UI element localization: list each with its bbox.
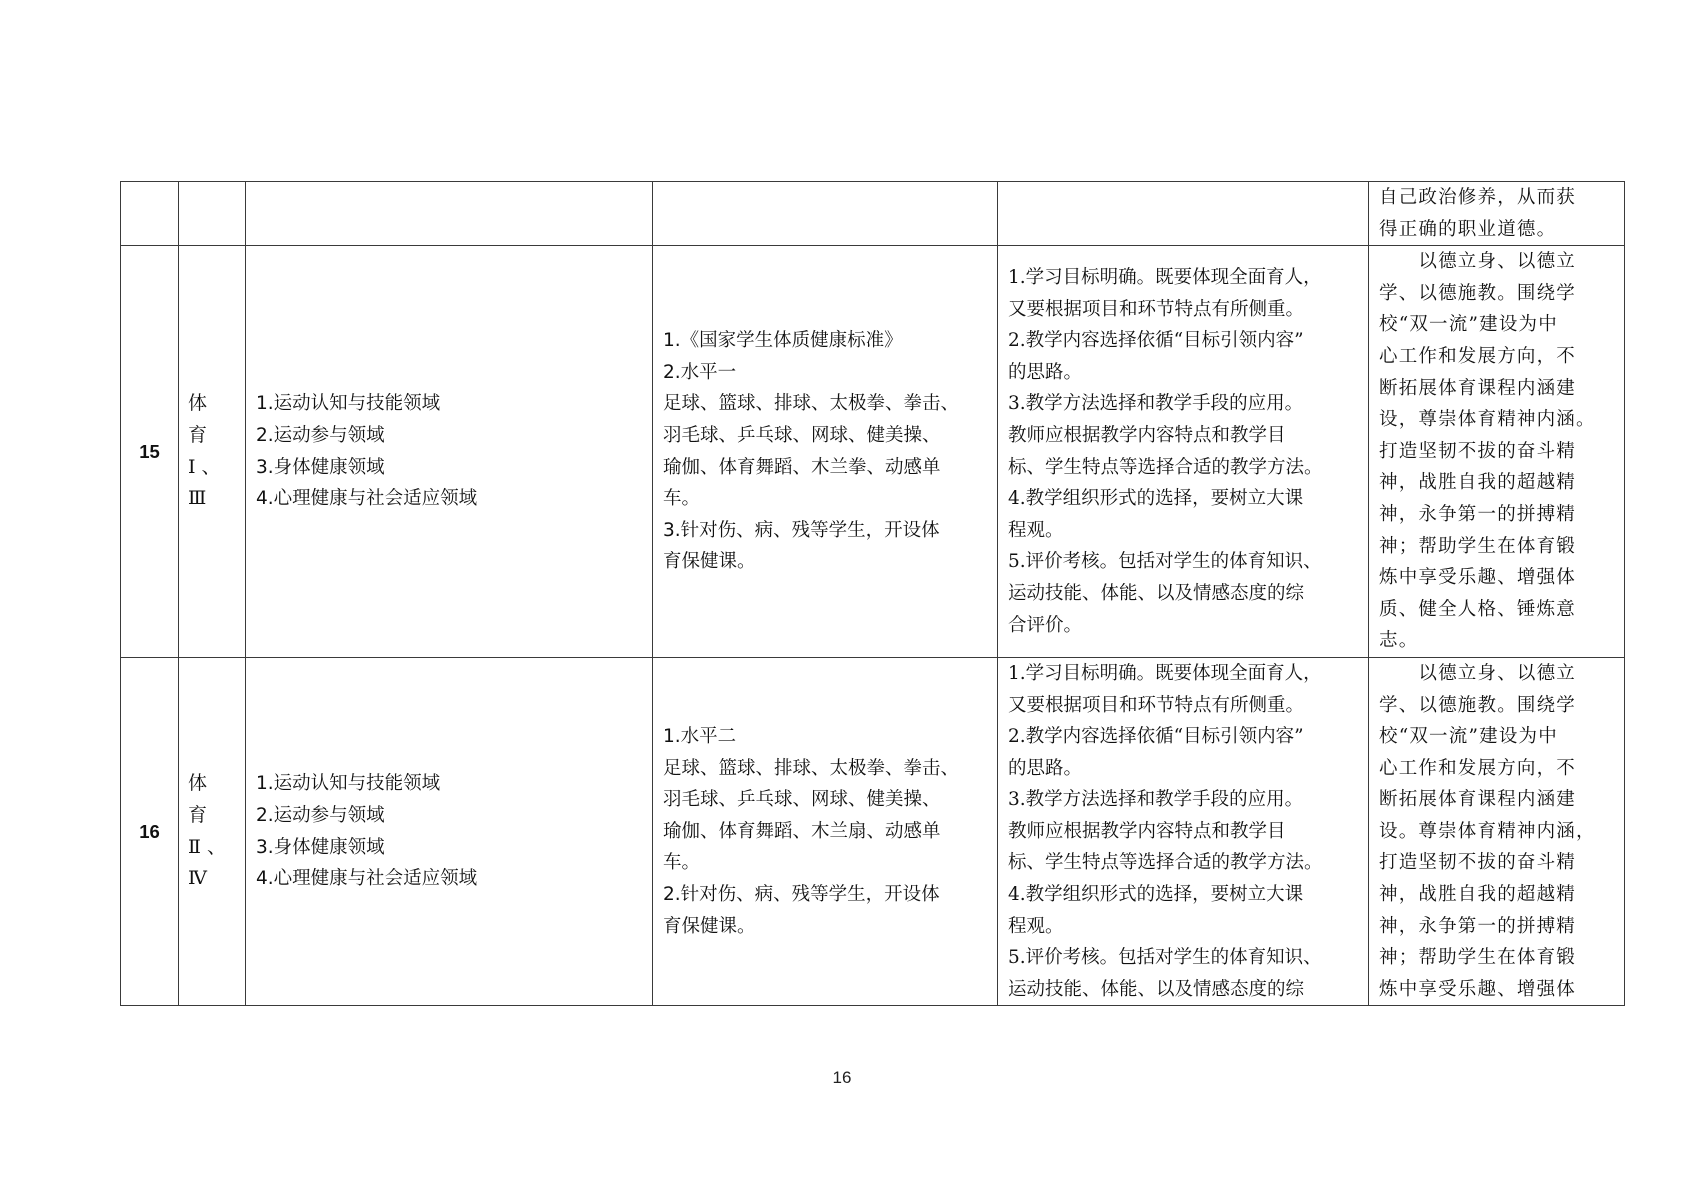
method-line: 标、学生特点等选择合适的教学方法。	[1008, 847, 1362, 879]
ideology-line: 神，永争第一的拼搏精	[1379, 499, 1616, 531]
ideology-line: 志。	[1379, 625, 1616, 657]
ideology-line: 校“双一流”建设为中	[1379, 309, 1616, 341]
content-line: 2.水平一	[663, 357, 991, 389]
cell-goals	[246, 182, 653, 246]
goal-item: 2.运动参与领域	[256, 420, 652, 452]
table-row: 16 体 育 Ⅱ 、 Ⅳ 1.运动认知与技能领域 2.运动参与领域 3.身体健康…	[121, 657, 1625, 1006]
method-line: 教师应根据教学内容特点和教学目	[1008, 816, 1362, 848]
method-line: 程观。	[1008, 515, 1362, 547]
cell-no	[121, 182, 179, 246]
course-content: 1.《国家学生体质健康标准》 2.水平一 足球、篮球、排球、太极拳、拳击、 羽毛…	[653, 246, 998, 658]
method-line: 程观。	[1008, 911, 1362, 943]
course-goals: 1.运动认知与技能领域 2.运动参与领域 3.身体健康领域 4.心理健康与社会适…	[246, 657, 653, 1006]
content-line: 羽毛球、乒乓球、网球、健美操、	[663, 784, 991, 816]
content-line: 1.水平二	[663, 721, 991, 753]
content-line: 瑜伽、体育舞蹈、木兰拳、动感单	[663, 452, 991, 484]
method-line: 4.教学组织形式的选择，要树立大课	[1008, 483, 1362, 515]
ideological-element: 以德立身、以德立 学、以德施教。围绕学 校“双一流”建设为中 心工作和发展方向，…	[1369, 246, 1625, 658]
goal-item: 1.运动认知与技能领域	[256, 388, 652, 420]
method-line: 运动技能、体能、以及情感态度的综	[1008, 578, 1362, 610]
page-number: 16	[0, 1068, 1684, 1088]
course-content: 1.水平二 足球、篮球、排球、太极拳、拳击、 羽毛球、乒乓球、网球、健美操、 瑜…	[653, 657, 998, 1006]
ideology-line: 神，战胜自我的超越精	[1379, 879, 1616, 911]
method-line: 1.学习目标明确。既要体现全面育人，	[1008, 262, 1362, 294]
ideology-line: 断拓展体育课程内涵建	[1379, 373, 1616, 405]
ideology-line: 神；帮助学生在体育锻	[1379, 531, 1616, 563]
method-line: 2.教学内容选择依循“目标引领内容”	[1008, 325, 1362, 357]
ideology-line: 打造坚韧不拔的奋斗精	[1379, 436, 1616, 468]
method-line: 3.教学方法选择和教学手段的应用。	[1008, 388, 1362, 420]
document-page: 自己政治修养，从而获 得正确的职业道德。 15 体 育 Ⅰ 、 Ⅲ 1.运动认知…	[0, 0, 1684, 1191]
ideological-element: 以德立身、以德立 学、以德施教。围绕学 校“双一流”建设为中 心工作和发展方向，…	[1369, 657, 1625, 1006]
ideology-line: 打造坚韧不拔的奋斗精	[1379, 847, 1616, 879]
method-line: 2.教学内容选择依循“目标引领内容”	[1008, 721, 1362, 753]
content-line: 车。	[663, 847, 991, 879]
ideology-line: 神，战胜自我的超越精	[1379, 467, 1616, 499]
content-line: 3.针对伤、病、残等学生，开设体	[663, 515, 991, 547]
method-line: 4.教学组织形式的选择，要树立大课	[1008, 879, 1362, 911]
content-line: 足球、篮球、排球、太极拳、拳击、	[663, 388, 991, 420]
ideology-line: 炼中享受乐趣、增强体	[1379, 562, 1616, 594]
goal-item: 2.运动参与领域	[256, 800, 652, 832]
ideology-line: 质、健全人格、锤炼意	[1379, 594, 1616, 626]
method-line: 教师应根据教学内容特点和教学目	[1008, 420, 1362, 452]
row-number: 15	[121, 246, 179, 658]
goal-item: 3.身体健康领域	[256, 832, 652, 864]
ideology-line: 学、以德施教。围绕学	[1379, 690, 1616, 722]
teaching-method: 1.学习目标明确。既要体现全面育人， 又要根据项目和环节特点有所侧重。 2.教学…	[998, 657, 1369, 1006]
method-line: 5.评价考核。包括对学生的体育知识、	[1008, 546, 1362, 578]
table-row-continued: 自己政治修养，从而获 得正确的职业道德。	[121, 182, 1625, 246]
goal-item: 1.运动认知与技能领域	[256, 768, 652, 800]
content-line: 羽毛球、乒乓球、网球、健美操、	[663, 420, 991, 452]
ideology-line: 炼中享受乐趣、增强体	[1379, 974, 1616, 1006]
method-line: 合评价。	[1008, 610, 1362, 642]
ideology-line: 心工作和发展方向，不	[1379, 341, 1616, 373]
content-line: 育保健课。	[663, 911, 991, 943]
content-line: 育保健课。	[663, 546, 991, 578]
row-number: 16	[121, 657, 179, 1006]
goal-item: 4.心理健康与社会适应领域	[256, 863, 652, 895]
content-line: 瑜伽、体育舞蹈、木兰扇、动感单	[663, 816, 991, 848]
course-name: 体 育 Ⅰ 、 Ⅲ	[179, 246, 246, 658]
ideology-line: 神，永争第一的拼搏精	[1379, 911, 1616, 943]
method-line: 1.学习目标明确。既要体现全面育人，	[1008, 658, 1362, 690]
course-name: 体 育 Ⅱ 、 Ⅳ	[179, 657, 246, 1006]
ideology-line: 心工作和发展方向，不	[1379, 753, 1616, 785]
cell-method	[998, 182, 1369, 246]
method-line: 又要根据项目和环节特点有所侧重。	[1008, 294, 1362, 326]
course-name-line: Ⅱ 、	[188, 832, 236, 864]
ideology-line: 以德立身、以德立	[1379, 246, 1616, 278]
content-line: 2.针对伤、病、残等学生，开设体	[663, 879, 991, 911]
goal-item: 4.心理健康与社会适应领域	[256, 483, 652, 515]
cell-course-name	[179, 182, 246, 246]
ideology-line: 神；帮助学生在体育锻	[1379, 942, 1616, 974]
course-name-line: Ⅰ 、	[188, 452, 236, 484]
curriculum-table: 自己政治修养，从而获 得正确的职业道德。 15 体 育 Ⅰ 、 Ⅲ 1.运动认知…	[120, 181, 1625, 1006]
method-line: 3.教学方法选择和教学手段的应用。	[1008, 784, 1362, 816]
table-row: 15 体 育 Ⅰ 、 Ⅲ 1.运动认知与技能领域 2.运动参与领域 3.身体健康…	[121, 246, 1625, 658]
ideology-line: 设，尊崇体育精神内涵。	[1379, 404, 1616, 436]
ideology-line: 校“双一流”建设为中	[1379, 721, 1616, 753]
ideology-line: 设。尊崇体育精神内涵，	[1379, 816, 1616, 848]
cell-ideology: 自己政治修养，从而获 得正确的职业道德。	[1369, 182, 1625, 246]
text-line: 自己政治修养，从而获	[1379, 182, 1616, 214]
cell-content	[653, 182, 998, 246]
method-line: 的思路。	[1008, 357, 1362, 389]
ideology-line: 断拓展体育课程内涵建	[1379, 784, 1616, 816]
method-line: 5.评价考核。包括对学生的体育知识、	[1008, 942, 1362, 974]
method-line: 标、学生特点等选择合适的教学方法。	[1008, 452, 1362, 484]
course-name-line: Ⅳ	[188, 863, 236, 895]
course-goals: 1.运动认知与技能领域 2.运动参与领域 3.身体健康领域 4.心理健康与社会适…	[246, 246, 653, 658]
ideology-line: 以德立身、以德立	[1379, 658, 1616, 690]
content-line: 1.《国家学生体质健康标准》	[663, 325, 991, 357]
method-line: 的思路。	[1008, 753, 1362, 785]
text-line: 得正确的职业道德。	[1379, 214, 1616, 246]
course-name-line: 体 育	[188, 388, 236, 451]
course-name-line: Ⅲ	[188, 483, 236, 515]
method-line: 又要根据项目和环节特点有所侧重。	[1008, 690, 1362, 722]
teaching-method: 1.学习目标明确。既要体现全面育人， 又要根据项目和环节特点有所侧重。 2.教学…	[998, 246, 1369, 658]
ideology-line: 学、以德施教。围绕学	[1379, 278, 1616, 310]
goal-item: 3.身体健康领域	[256, 452, 652, 484]
method-line: 运动技能、体能、以及情感态度的综	[1008, 974, 1362, 1006]
content-line: 车。	[663, 483, 991, 515]
course-name-line: 体 育	[188, 768, 236, 831]
content-line: 足球、篮球、排球、太极拳、拳击、	[663, 753, 991, 785]
